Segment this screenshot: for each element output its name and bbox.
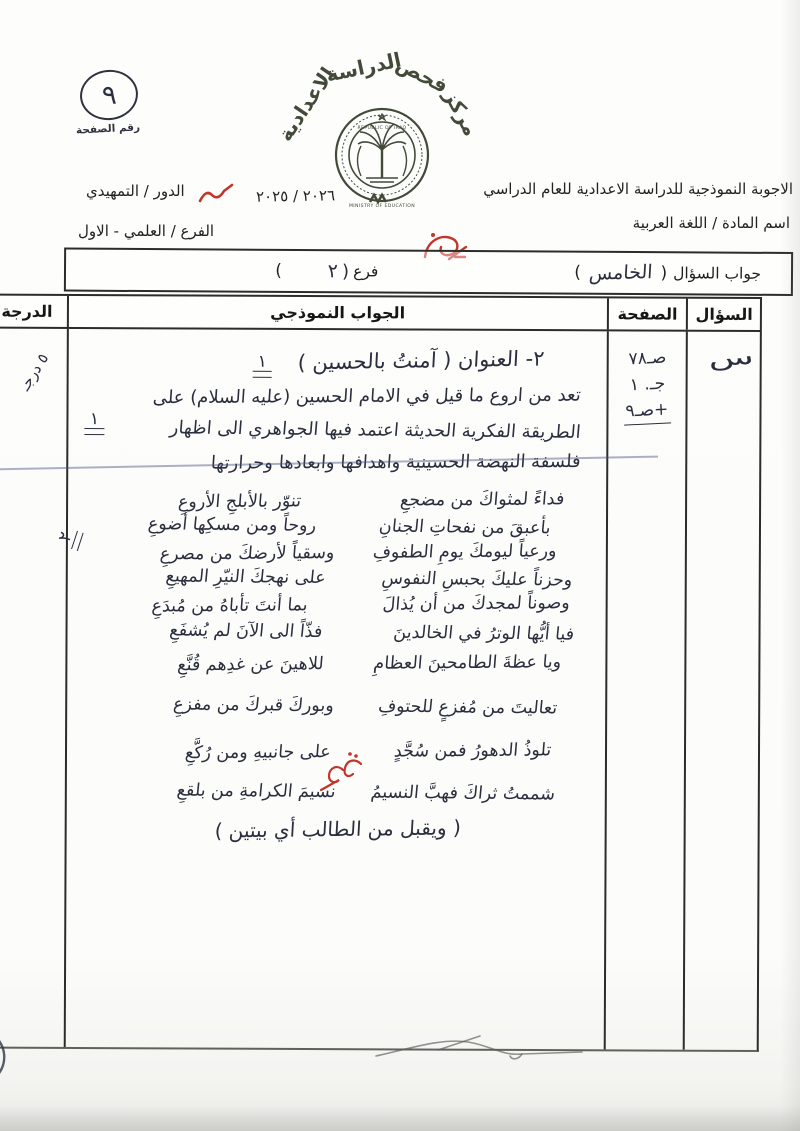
emblem-star — [379, 114, 385, 120]
table-body-row: س صـ٧٨ جـ. ١ +صـ٩ ٢- العنوان ( آمنتُ بال… — [0, 329, 762, 1052]
hemistich-left: وسقياً لأرضكَ من مصرعِ — [159, 543, 335, 564]
hemistich-left: فذّاً الى الآنَ لم يُشفَعِ — [168, 620, 323, 642]
red-grader-mark — [317, 750, 365, 794]
header-page: الصفحة — [607, 298, 687, 329]
document-title: الاجوبة النموذجية للدراسة الاعدادية للعا… — [483, 180, 793, 198]
page-reference-cell: صـ٧٨ جـ. ١ +صـ٩ — [604, 331, 687, 1049]
answer-title: ٢- العنوان ( آمنتُ بالحسين ) — [297, 346, 545, 374]
close-paren: ) — [574, 263, 581, 283]
emblem-base — [366, 178, 398, 182]
question-number-handwritten: الخامس — [588, 261, 653, 285]
page-number-circle: ٩ — [77, 67, 141, 124]
hemistich-left: على جانبيهِ ومن رُكَّعِ — [184, 742, 331, 763]
page-number-value: ٩ — [101, 79, 118, 111]
hemistich-right: شممتُ ثراكَ فهبَّ النسيمُ — [369, 783, 555, 805]
hemistich-left: نسيمَ الكرامةِ من بلقعِ — [175, 781, 336, 803]
page-number-label: رقم الصفحة — [58, 120, 158, 137]
question-cell-value: س — [706, 345, 756, 371]
hemistich-left: تنوّر بالأبلجِ الأروعِ — [177, 491, 302, 512]
seal-arc-word: الاعدادية — [273, 63, 340, 146]
verse-line: فداءً لمثواكَ من مضجعِتنوّر بالأبلجِ الأ… — [82, 489, 580, 513]
hemistich-left: روحاً ومن مسكِها أضوعِ — [147, 514, 317, 536]
hemistich-right: ورعياً ليومكَ يومِ الطفوفِ — [371, 541, 556, 562]
grade-total-note: ٥ درجـ — [15, 350, 52, 394]
acceptance-note: ( ويقبل من الطالب أي بيتين ) — [80, 815, 462, 844]
hemistich-right: فيا أيُّها الوترُ في الخالدينَ — [392, 623, 575, 645]
branch-word: فرع — [353, 262, 378, 280]
question-answer-bar: جواب السؤال ( الخامس ) فرع ( ٢ ) — [64, 248, 793, 296]
branch-open-paren: ( — [342, 261, 349, 282]
seal-arc-word: فحص — [392, 52, 452, 98]
seal-ring-bottom-text: MINISTRY OF EDUCATION — [349, 203, 415, 208]
stray-pen-mark — [0, 1032, 13, 1080]
hemistich-right: وصوناً لمجدكَ من أن يُذالَ — [381, 593, 570, 614]
branch-close-paren: ) — [275, 261, 282, 281]
exam-round-label: الدور / التمهيدي — [86, 182, 185, 200]
branch-label: الفرع / العلمي - الاول — [78, 222, 214, 240]
verse-line: وحزناً عليكَ بحبسِ النفوسِعلى نهجكَ الني… — [81, 566, 579, 591]
answer-table: السؤال الصفحة الجواب النموذجي الدرجة س ص… — [0, 294, 762, 1052]
hemistich-right: تلوذُ الدهورُ فمن سُجَّدٍ — [393, 740, 552, 761]
verse-line: فيا أيُّها الوترُ في الخالدينَفذّاً الى … — [81, 620, 579, 645]
ministry-seal: مركز فحص الدراسة الاعدادية REPUBLIC OF I… — [262, 50, 502, 208]
header-question: السؤال — [686, 299, 760, 330]
grade-tick: ١ — [87, 409, 102, 429]
hemistich-right: بأعبقَ من نفحاتِ الجنانِ — [377, 517, 551, 539]
intro-line: الطريقة الفكرية الحديثة اعتمد فيها الجوا… — [81, 410, 582, 449]
header-grade: الدرجة — [0, 296, 67, 327]
question-bar-prefix: جواب السؤال — [673, 264, 761, 283]
hemistich-right: تعاليتَ من مُفزعٍ للحتوفِ — [377, 697, 558, 719]
hemistich-left: وبوركَ قبركَ من مفزعِ — [172, 694, 335, 716]
open-paren: ( — [660, 263, 667, 283]
subject-name-label: اسم المادة / اللغة العربية — [633, 214, 790, 232]
hemistich-left: للاهينَ عن غدِهم قُنَّعِ — [176, 654, 324, 675]
model-answer-cell: ٢- العنوان ( آمنتُ بالحسين ) ١ تعد من ار… — [63, 329, 606, 1049]
page-ref-line: صـ٧٨ — [608, 344, 687, 374]
question-cell: س — [683, 332, 760, 1050]
verse-line: ورعياً ليومكَ يومِ الطفوفِوسقياً لأرضكَ … — [81, 541, 579, 565]
hemistich-right: فداءً لمثواكَ من مضجعِ — [399, 489, 565, 510]
header-model-answer: الجواب النموذجي — [66, 296, 606, 329]
page-ref-line: جـ. ١ — [608, 370, 687, 400]
answer-title-row: ٢- العنوان ( آمنتُ بالحسين ) ١ — [82, 347, 544, 373]
hemistich-right: وحزناً عليكَ بحبسِ النفوسِ — [380, 569, 573, 591]
grade-margin-cell: ٥ درجـ ١ ٢ — [0, 329, 66, 1047]
table-header-row: السؤال الصفحة الجواب النموذجي الدرجة — [0, 294, 762, 332]
hemistich-left: على نهجكَ النيّرِ المهيعِ — [164, 566, 326, 588]
academic-year: ٢٠٢٦ / ٢٠٢٥ — [256, 186, 335, 205]
hemistich-right: ويا عظةَ الطامحينَ العظامِ — [373, 652, 562, 673]
seal-ring-top-text: REPUBLIC OF IRAQ — [357, 125, 406, 131]
verse-line: ويا عظةَ الطامحينَ العظامِللاهينَ عن غدِ… — [81, 652, 579, 676]
intro-line: تعد من اروع ما قيل في الامام الحسين (علي… — [81, 379, 581, 415]
scanned-answer-sheet: ٩ رقم الصفحة مركز فحص الدراسة الاعدادية … — [0, 0, 800, 1131]
verse-line: تعاليتَ من مُفزعٍ للحتوفِوبوركَ قبركَ من… — [81, 694, 579, 719]
red-check-mark — [198, 181, 234, 207]
bottom-scribble-mark — [372, 1030, 586, 1066]
seal-emblem — [336, 109, 428, 202]
verse-line: وصوناً لمجدكَ من أن يُذالَبما أنتَ تأباه… — [81, 593, 579, 617]
page-ref-line: +صـ٩ — [623, 396, 671, 425]
verse-line: بأعبقَ من نفحاتِ الجنانِروحاً ومن مسكِها… — [81, 514, 579, 539]
grade-tick: ١ — [255, 352, 270, 372]
seal-arc-word: مركز — [439, 85, 484, 140]
branch-number-handwritten: ٢ — [327, 260, 339, 283]
hemistich-left: بما أنتَ تأباهُ من مُبدَعِ — [150, 595, 308, 616]
